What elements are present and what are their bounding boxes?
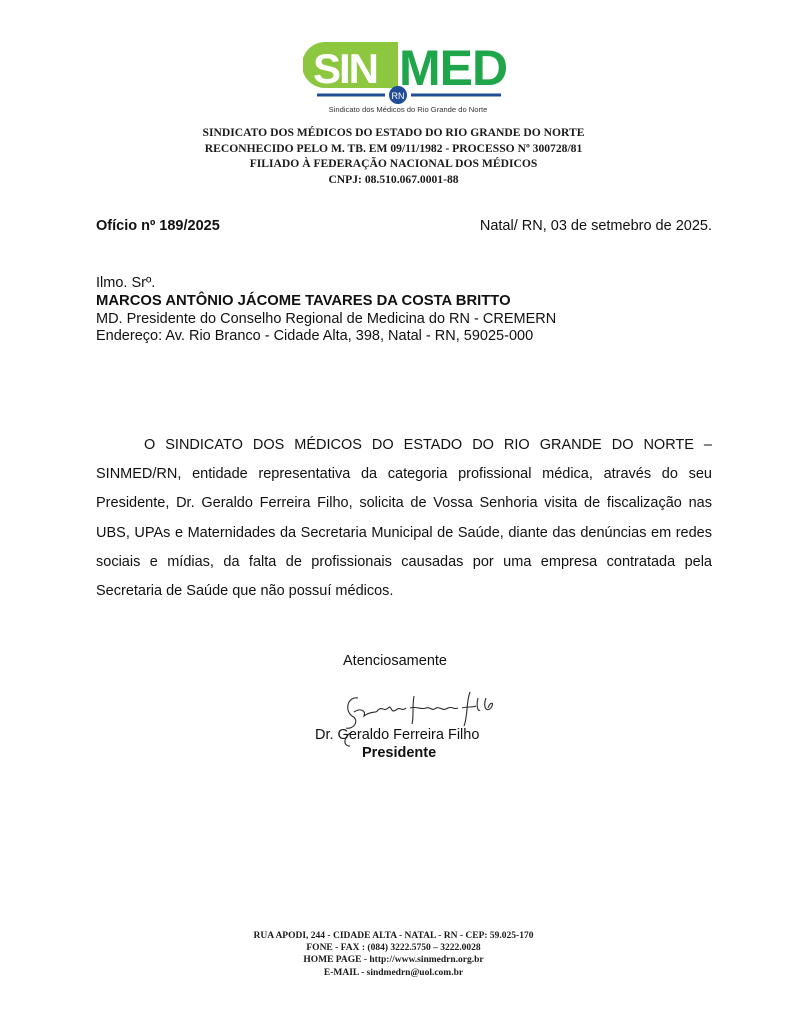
logo-rn-text: RN: [392, 91, 405, 101]
letter-body: O SINDICATO DOS MÉDICOS DO ESTADO DO RIO…: [96, 431, 712, 606]
sinmed-logo: SIN MED RN Sindicato dos Médicos do Rio …: [303, 38, 513, 116]
reference-line: Ofício nº 189/2025 Natal/ RN, 03 de setm…: [96, 218, 712, 234]
letterhead-line: SINDICATO DOS MÉDICOS DO ESTADO DO RIO G…: [0, 125, 787, 141]
footer-email: E-MAIL - sindmedrn@uol.com.br: [0, 967, 787, 979]
letterhead: SINDICATO DOS MÉDICOS DO ESTADO DO RIO G…: [0, 125, 787, 187]
letterhead-line: FILIADO À FEDERAÇÃO NACIONAL DOS MÉDICOS: [0, 156, 787, 172]
addressee-block: Ilmo. Srº. MARCOS ANTÔNIO JÁCOME TAVARES…: [96, 275, 556, 346]
footer-homepage: HOME PAGE - http://www.sinmedrn.org.br: [0, 954, 787, 966]
footer-address: RUA APODI, 244 - CIDADE ALTA - NATAL - R…: [0, 930, 787, 942]
document-number: Ofício nº 189/2025: [96, 218, 220, 234]
closing-salutation: Atenciosamente: [343, 653, 447, 669]
addressee-position: MD. Presidente do Conselho Regional de M…: [96, 311, 556, 329]
footer-contact: RUA APODI, 244 - CIDADE ALTA - NATAL - R…: [0, 930, 787, 979]
addressee-address: Endereço: Av. Rio Branco - Cidade Alta, …: [96, 328, 556, 346]
logo-text-sin: SIN: [313, 45, 377, 92]
footer-phone: FONE - FAX : (084) 3222.5750 – 3222.0028: [0, 942, 787, 954]
addressee-name: MARCOS ANTÔNIO JÁCOME TAVARES DA COSTA B…: [96, 293, 556, 311]
place-date: Natal/ RN, 03 de setmebro de 2025.: [480, 218, 712, 234]
signer-title: Presidente: [362, 745, 436, 761]
letterhead-line: CNPJ: 08.510.067.0001-88: [0, 172, 787, 188]
letterhead-line: RECONHECIDO PELO M. TB. EM 09/11/1982 - …: [0, 141, 787, 157]
addressee-salutation: Ilmo. Srº.: [96, 275, 556, 293]
logo-tagline: Sindicato dos Médicos do Rio Grande do N…: [329, 105, 488, 114]
signer-name: Dr. Geraldo Ferreira Filho: [315, 727, 479, 743]
logo-text-med: MED: [399, 40, 507, 96]
